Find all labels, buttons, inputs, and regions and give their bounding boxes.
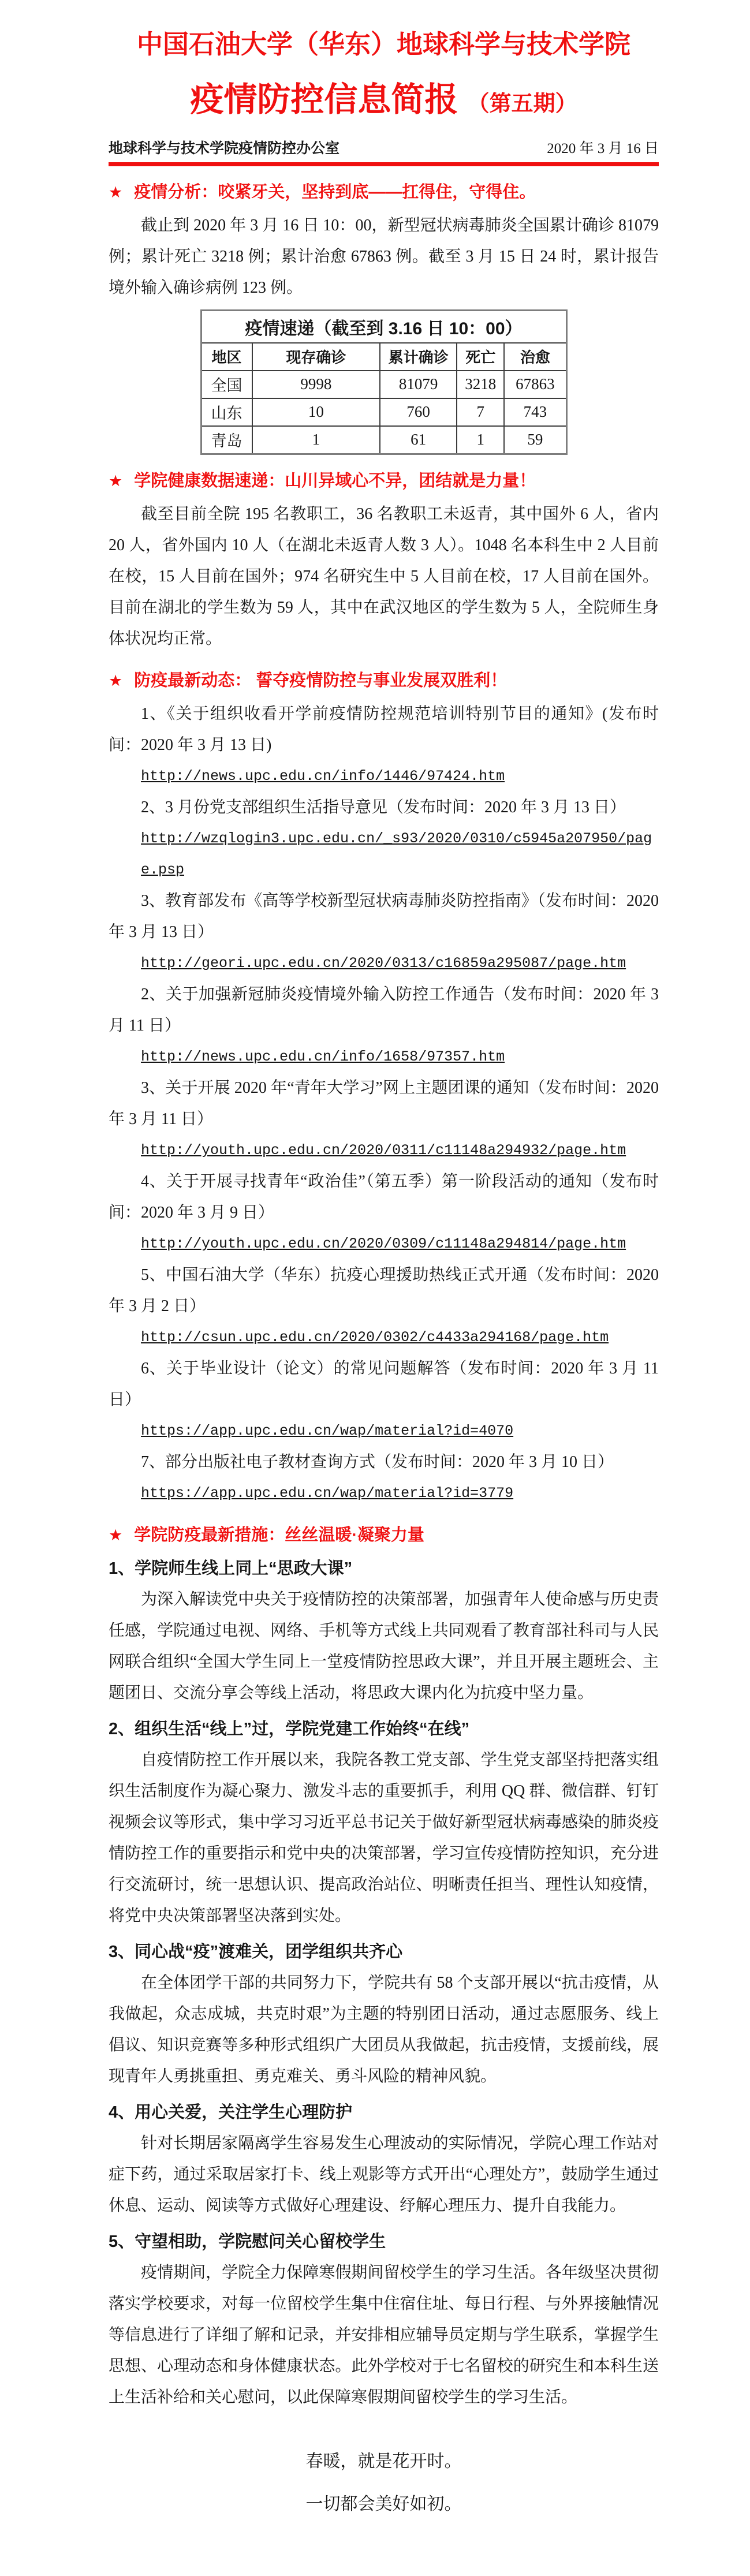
section-heading-health-text: 学院健康数据速递：山川异域心不异，团结就是力量！	[134, 469, 536, 493]
header-divider	[109, 162, 659, 166]
cell-total: 81079	[380, 371, 457, 398]
announcement-link[interactable]: http://youth.upc.edu.cn/2020/0311/c11148…	[141, 1142, 626, 1159]
analysis-paragraph: 截止到 2020 年 3 月 16 日 10：00，新型冠状病毒肺炎全国累计确诊…	[109, 210, 659, 304]
cell-cured: 743	[504, 398, 566, 426]
university-title: 中国石油大学（华东）地球科学与技术学院	[109, 29, 659, 60]
measure-title: 5、守望相助，学院慰问关心留校学生	[109, 2226, 659, 2257]
closing-block: 春暖，就是花开时。 一切都会美好如初。	[109, 2450, 659, 2516]
cell-death: 3218	[457, 371, 504, 398]
announcement-item: 6、关于毕业设计（论文）的常见问题解答（发布时间：2020 年 3 月 11 日…	[109, 1353, 659, 1447]
measure-body: 疫情期间，学院全力保障寒假期间留校学生的学习生活。各年级坚决贯彻落实学校要求，对…	[109, 2257, 659, 2413]
announcement-link[interactable]: http://news.upc.edu.cn/info/1658/97357.h…	[141, 1048, 505, 1065]
announcement-text: 5、中国石油大学（华东）抗疫心理援助热线正式开通（发布时间：2020 年 3 月…	[109, 1260, 659, 1322]
cell-cured: 67863	[504, 371, 566, 398]
section-heading-measures: ★ 学院防疫最新措施：丝丝温暖·凝聚力量	[109, 1523, 659, 1547]
health-paragraph: 截至目前全院 195 名教职工，36 名教职工未返青，其中国外 6 人，省内 2…	[109, 499, 659, 655]
announcement-item: 1、《关于组织收看开学前疫情防控规范培训特别节目的通知》(发布时间：2020 年…	[109, 699, 659, 792]
announcement-item: 3、关于开展 2020 年“青年大学习”网上主题团课的通知（发布时间：2020 …	[109, 1073, 659, 1166]
announcement-item: 5、中国石油大学（华东）抗疫心理援助热线正式开通（发布时间：2020 年 3 月…	[109, 1260, 659, 1353]
bulletin-title: 疫情防控信息简报 （第五期）	[109, 81, 659, 120]
section-heading-health: ★ 学院健康数据速递：山川异域心不异，团结就是力量！	[109, 469, 659, 493]
announcement-item: 4、关于开展寻找青年“政治佳”（第五季）第一阶段活动的通知（发布时间：2020 …	[109, 1166, 659, 1260]
announcement-link-line: http://wzqlogin3.upc.edu.cn/_s93/2020/03…	[141, 823, 659, 886]
announcement-text: 3、教育部发布《高等学校新型冠状病毒肺炎防控指南》（发布时间：2020 年 3 …	[109, 886, 659, 948]
star-icon: ★	[109, 469, 122, 493]
measure-body: 在全体团学干部的共同努力下，学院共有 58 个支部开展以“抗击疫情，从我做起，众…	[109, 1968, 659, 2092]
col-header-death: 死亡	[457, 343, 504, 371]
announcement-link[interactable]: http://geori.upc.edu.cn/2020/0313/c16859…	[141, 955, 626, 972]
bulletin-page: 中国石油大学（华东）地球科学与技术学院 疫情防控信息简报 （第五期） 地球科学与…	[0, 0, 750, 2576]
closing-line-1: 春暖，就是花开时。	[109, 2450, 659, 2473]
cell-current: 9998	[252, 371, 380, 398]
announcement-link[interactable]: http://youth.upc.edu.cn/2020/0309/c11148…	[141, 1235, 626, 1252]
measure-title: 4、用心关爱，关注学生心理防护	[109, 2097, 659, 2128]
col-header-current: 现存确诊	[252, 343, 380, 371]
announcement-link-line: http://youth.upc.edu.cn/2020/0309/c11148…	[141, 1229, 659, 1260]
announcement-link-line: http://geori.upc.edu.cn/2020/0313/c16859…	[141, 948, 659, 979]
announcement-text: 2、3 月份党支部组织生活指导意见（发布时间：2020 年 3 月 13 日）	[109, 792, 659, 823]
office-name: 地球科学与技术学院疫情防控办公室	[109, 137, 339, 158]
announcement-text: 4、关于开展寻找青年“政治佳”（第五季）第一阶段活动的通知（发布时间：2020 …	[109, 1166, 659, 1229]
col-header-region: 地区	[201, 343, 252, 371]
cell-total: 760	[380, 398, 457, 426]
announcement-link[interactable]: https://app.upc.edu.cn/wap/material?id=3…	[141, 1485, 513, 1502]
announcement-link-line: http://news.upc.edu.cn/info/1446/97424.h…	[141, 761, 659, 792]
cell-death: 7	[457, 398, 504, 426]
table-row: 青岛 1 61 1 59	[201, 426, 566, 454]
cell-death: 1	[457, 426, 504, 454]
star-icon: ★	[109, 1523, 122, 1547]
measure-body: 针对长期居家隔离学生容易发生心理波动的实际情况，学院心理工作站对症下药，通过采取…	[109, 2128, 659, 2222]
announcement-link-line: https://app.upc.edu.cn/wap/material?id=3…	[141, 1478, 659, 1509]
star-icon: ★	[109, 669, 122, 693]
measure-title: 3、同心战“疫”渡难关，团学组织共齐心	[109, 1936, 659, 1968]
table-row: 山东 10 760 7 743	[201, 398, 566, 426]
measure-body: 自疫情防控工作开展以来，我院各教工党支部、学生党支部坚持把落实组织生活制度作为凝…	[109, 1745, 659, 1932]
section-heading-dynamics-text: 防疫最新动态： 誓夺疫情防控与事业发展双胜利！	[134, 669, 507, 693]
cell-cured: 59	[504, 426, 566, 454]
measure-item: 2、组织生活“线上”过，学院党建工作始终“在线” 自疫情防控工作开展以来，我院各…	[109, 1713, 659, 1932]
issue-number: （第五期）	[468, 92, 577, 116]
measure-item: 3、同心战“疫”渡难关，团学组织共齐心 在全体团学干部的共同努力下，学院共有 5…	[109, 1936, 659, 2092]
cell-total: 61	[380, 426, 457, 454]
cell-current: 1	[252, 426, 380, 454]
announcement-link[interactable]: http://news.upc.edu.cn/info/1446/97424.h…	[141, 768, 505, 785]
announcement-link[interactable]: https://app.upc.edu.cn/wap/material?id=4…	[141, 1423, 513, 1439]
masthead: 地球科学与技术学院疫情防控办公室 2020 年 3 月 16 日	[109, 137, 659, 158]
section-heading-analysis-text: 疫情分析：咬紧牙关，坚持到底——扛得住，守得住。	[134, 180, 536, 204]
measure-body: 为深入解读党中央关于疫情防控的决策部署，加强青年人使命感与历史责任感，学院通过电…	[109, 1584, 659, 1709]
cell-current: 10	[252, 398, 380, 426]
announcement-text: 6、关于毕业设计（论文）的常见问题解答（发布时间：2020 年 3 月 11 日…	[109, 1353, 659, 1416]
cell-region: 全国	[201, 371, 252, 398]
measure-title: 1、学院师生线上同上“思政大课”	[109, 1553, 659, 1584]
col-header-total: 累计确诊	[380, 343, 457, 371]
issue-date: 2020 年 3 月 16 日	[547, 137, 659, 158]
measure-item: 1、学院师生线上同上“思政大课” 为深入解读党中央关于疫情防控的决策部署，加强青…	[109, 1553, 659, 1709]
announcement-item: 3、教育部发布《高等学校新型冠状病毒肺炎防控指南》（发布时间：2020 年 3 …	[109, 886, 659, 979]
announcement-text: 1、《关于组织收看开学前疫情防控规范培训特别节目的通知》(发布时间：2020 年…	[109, 699, 659, 761]
col-header-cured: 治愈	[504, 343, 566, 371]
cell-region: 青岛	[201, 426, 252, 454]
measure-item: 4、用心关爱，关注学生心理防护 针对长期居家隔离学生容易发生心理波动的实际情况，…	[109, 2097, 659, 2222]
announcement-link-line: http://csun.upc.edu.cn/2020/0302/c4433a2…	[141, 1322, 659, 1353]
closing-line-2: 一切都会美好如初。	[109, 2493, 659, 2516]
measure-title: 2、组织生活“线上”过，学院党建工作始终“在线”	[109, 1713, 659, 1745]
bulletin-title-text: 疫情防控信息简报	[190, 81, 458, 118]
cell-region: 山东	[201, 398, 252, 426]
announcement-link-line: https://app.upc.edu.cn/wap/material?id=4…	[141, 1416, 659, 1447]
section-heading-measures-text: 学院防疫最新措施：丝丝温暖·凝聚力量	[134, 1523, 424, 1547]
section-heading-dynamics: ★ 防疫最新动态： 誓夺疫情防控与事业发展双胜利！	[109, 669, 659, 693]
section-heading-analysis: ★ 疫情分析：咬紧牙关，坚持到底——扛得住，守得住。	[109, 180, 659, 204]
table-header-row: 地区 现存确诊 累计确诊 死亡 治愈	[201, 343, 566, 371]
announcement-link[interactable]: http://csun.upc.edu.cn/2020/0302/c4433a2…	[141, 1329, 609, 1346]
announcement-link-line: http://news.upc.edu.cn/info/1658/97357.h…	[141, 1041, 659, 1073]
star-icon: ★	[109, 180, 122, 204]
announcement-text: 7、部分出版社电子教材查询方式（发布时间：2020 年 3 月 10 日）	[109, 1447, 659, 1478]
announcement-item: 7、部分出版社电子教材查询方式（发布时间：2020 年 3 月 10 日） ht…	[109, 1447, 659, 1509]
epidemic-table-wrap: 疫情速递（截至到 3.16 日 10：00） 地区 现存确诊 累计确诊 死亡 治…	[109, 309, 659, 455]
announcement-text: 2、关于加强新冠肺炎疫情境外输入防控工作通告（发布时间：2020 年 3 月 1…	[109, 979, 659, 1041]
announcement-link-line: http://youth.upc.edu.cn/2020/0311/c11148…	[141, 1135, 659, 1166]
announcement-link[interactable]: http://wzqlogin3.upc.edu.cn/_s93/2020/03…	[141, 830, 652, 878]
table-row: 全国 9998 81079 3218 67863	[201, 371, 566, 398]
measure-item: 5、守望相助，学院慰问关心留校学生 疫情期间，学院全力保障寒假期间留校学生的学习…	[109, 2226, 659, 2413]
announcement-text: 3、关于开展 2020 年“青年大学习”网上主题团课的通知（发布时间：2020 …	[109, 1073, 659, 1135]
announcement-item: 2、3 月份党支部组织生活指导意见（发布时间：2020 年 3 月 13 日） …	[109, 792, 659, 886]
epidemic-table: 疫情速递（截至到 3.16 日 10：00） 地区 现存确诊 累计确诊 死亡 治…	[200, 309, 568, 455]
announcement-item: 2、关于加强新冠肺炎疫情境外输入防控工作通告（发布时间：2020 年 3 月 1…	[109, 979, 659, 1073]
table-title: 疫情速递（截至到 3.16 日 10：00）	[201, 310, 566, 343]
